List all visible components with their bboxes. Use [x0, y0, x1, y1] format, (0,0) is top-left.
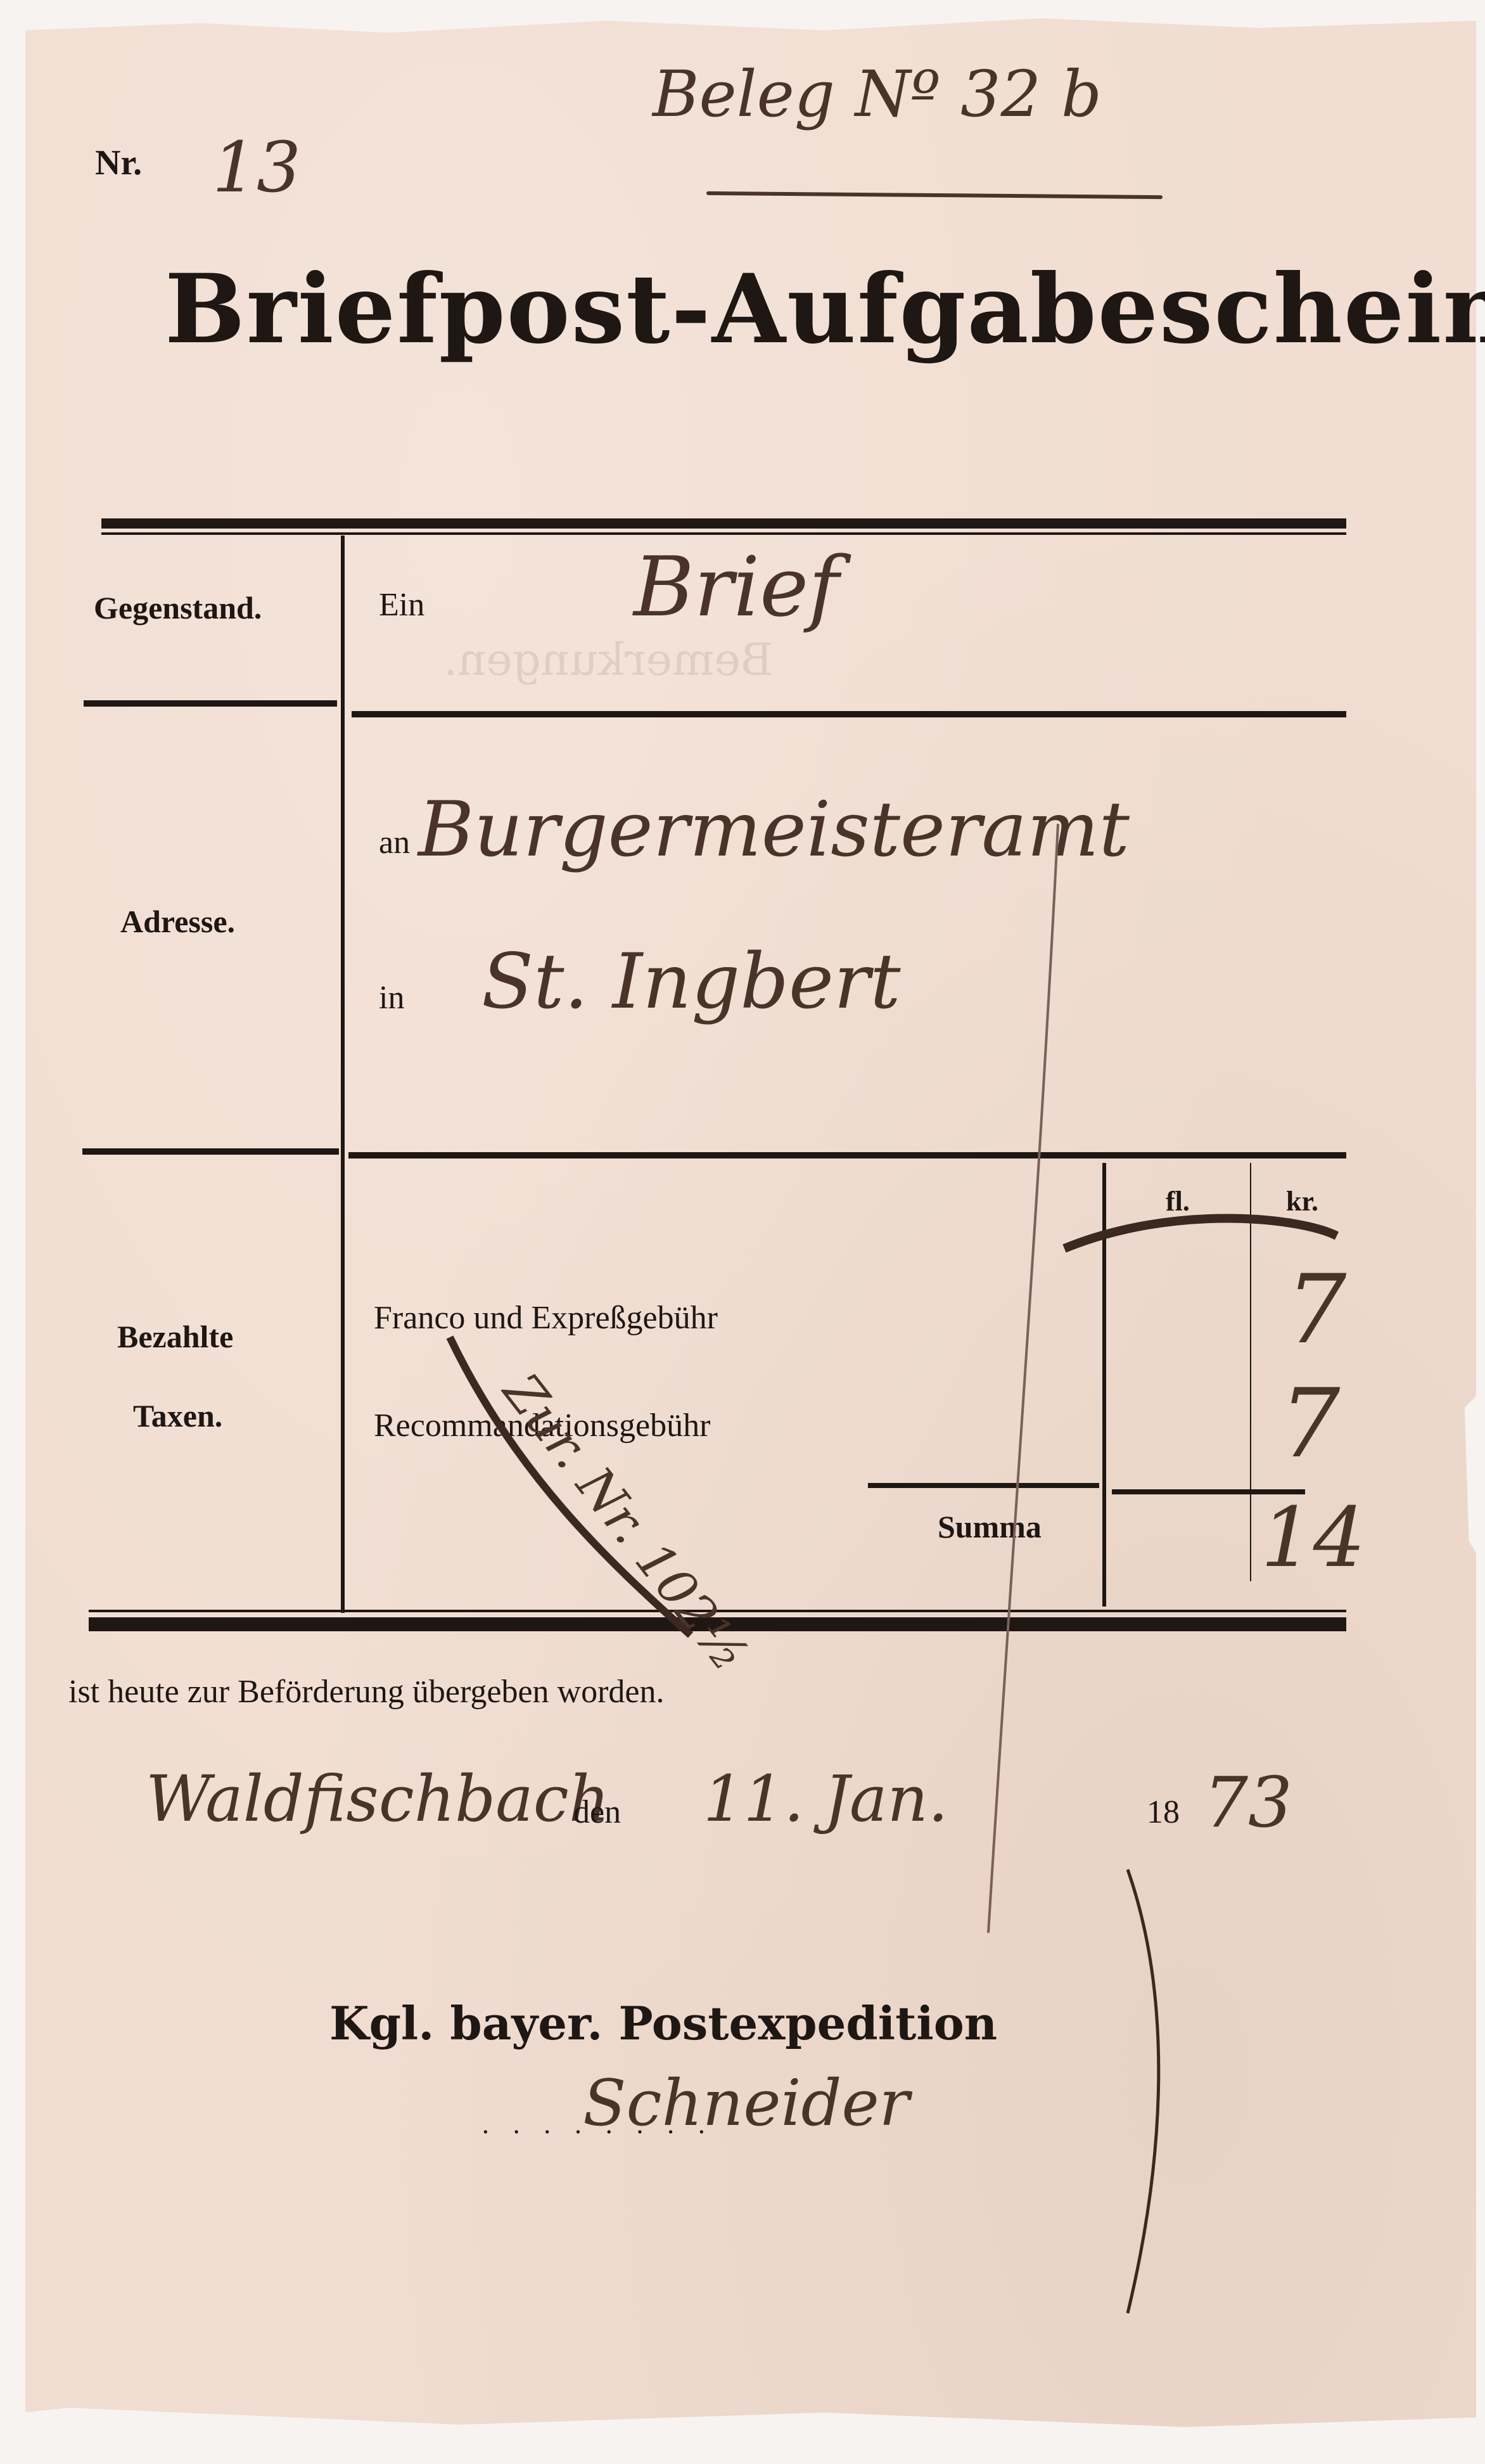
gegenstand-bottom-rule [84, 700, 337, 707]
document-title: Briefpost-Aufgabeschein. [165, 253, 1485, 365]
summa-kr-value: 14 [1261, 1489, 1365, 1586]
in-value: St. Ingbert [481, 938, 901, 1026]
day-month-value: 11. Jan. [703, 1762, 948, 1836]
summa-rule [868, 1483, 1099, 1488]
franco-label: Franco und Expreßgebühr [374, 1299, 718, 1337]
in-prefix: in [379, 979, 404, 1017]
number-value: 13 [212, 127, 301, 208]
gegenstand-bottom-rule-right [352, 711, 1346, 717]
year-century: 18 [1147, 1793, 1180, 1831]
table-top-rule-thin [101, 532, 1346, 535]
taxen-label-line1: Bezahlte [117, 1318, 233, 1355]
summa-label: Summa [938, 1508, 1042, 1545]
fl-kr-divider [1250, 1163, 1251, 1581]
fee-column-divider [1102, 1163, 1106, 1607]
column-header-fl: fl. [1166, 1185, 1190, 1217]
an-value: Burgermeisteramt [418, 786, 1130, 874]
taxen-label-line2: Taxen. [133, 1397, 222, 1434]
franco-kr-value: 7 [1286, 1255, 1346, 1365]
number-label: Nr. [95, 143, 142, 183]
year-suffix: 73 [1204, 1762, 1292, 1843]
gegenstand-prefix: Ein [379, 586, 424, 624]
office-label: Kgl. bayer. Postexpedition [329, 1996, 997, 2050]
den-label: den [573, 1793, 621, 1831]
gegenstand-value: Brief [634, 539, 839, 635]
an-prefix: an [379, 824, 410, 861]
column-header-kr: kr. [1286, 1185, 1318, 1217]
gegenstand-label: Gegenstand. [94, 589, 262, 626]
adresse-label: Adresse. [120, 903, 235, 940]
reference-note: Beleg Nº 32 b [653, 57, 1102, 131]
adresse-bottom-rule-right [348, 1152, 1346, 1158]
confirmation-text: ist heute zur Beförderung übergeben word… [68, 1673, 665, 1710]
signature-dotted-line: ........ [481, 2110, 729, 2140]
place-value: Waldfischbach [146, 1762, 609, 1836]
reverse-show-through: Bemerkungen. [443, 634, 773, 686]
recommandation-kr-value: 7 [1280, 1369, 1340, 1479]
label-column-divider [341, 536, 345, 1613]
table-top-rule [101, 518, 1346, 529]
adresse-bottom-rule [82, 1148, 339, 1155]
